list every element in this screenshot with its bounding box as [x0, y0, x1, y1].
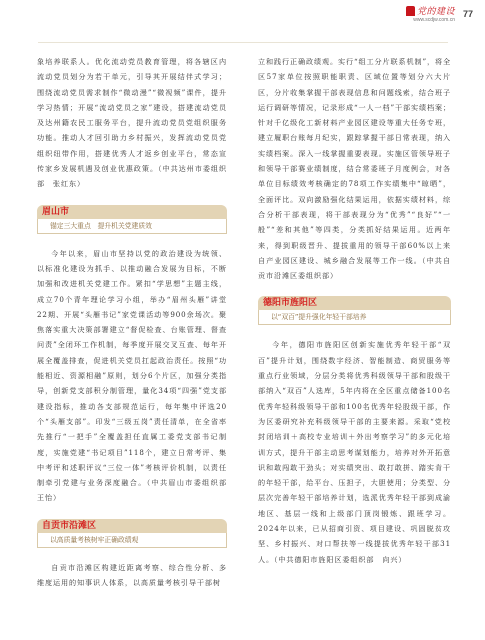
- article-paragraph: 立和践行正确政绩观。实行“组工分片联系机制”，将全区57家单位按照职能职责、区域…: [258, 54, 451, 283]
- logo-title: 党的建设: [417, 4, 455, 17]
- article-paragraph: 今年以来，眉山市坚持以党的政治建设为统领、以标准化建设为抓手、以推动融合发展为目…: [37, 246, 227, 506]
- page-number: 77: [463, 9, 473, 19]
- logo-url: www.scdjw.com.cn: [413, 17, 455, 23]
- section-heading: 德阳市旌阳区: [258, 296, 451, 310]
- right-column: 立和践行正确政绩观。实行“组工分片联系机制”，将全区57家单位按照职能职责、区域…: [258, 54, 451, 567]
- section-heading: 眉山市: [37, 205, 227, 219]
- section-subheading: 锚定三大重点 提升机关党建质效: [37, 219, 227, 234]
- article-paragraph: 今年，德阳市旌阳区创新实施优秀年轻干部“双百”提升计划，围绕数字经济、智能制造、…: [258, 337, 451, 566]
- header-divider: [38, 42, 448, 43]
- section-jingyang: 德阳市旌阳区 以“双百”提升强化年轻干部培养: [258, 296, 451, 325]
- left-column: 象培养联系人。优化流动党员教育管理，将各辖区内流动党员划分为若干单元，引导其开展…: [37, 54, 227, 590]
- article-paragraph: 象培养联系人。优化流动党员教育管理，将各辖区内流动党员划分为若干单元，引导其开展…: [37, 54, 227, 192]
- article-paragraph: 自贡市沿滩区构建近距离考察、综合性分析、多维度运用的知事识人体系，以高质量考核引…: [37, 560, 227, 591]
- logo-emblem-icon: [406, 6, 415, 16]
- section-subheading: 以“双百”提升强化年轻干部培养: [258, 310, 451, 325]
- section-subheading: 以高质量考核树牢正确政绩观: [37, 533, 227, 548]
- section-meishan: 眉山市 锚定三大重点 提升机关党建质效: [37, 205, 227, 234]
- section-yantan: 自贡市沿滩区 以高质量考核树牢正确政绩观: [37, 519, 227, 548]
- magazine-logo: 党的建设 www.scdjw.com.cn: [406, 4, 455, 23]
- section-heading: 自贡市沿滩区: [37, 519, 227, 533]
- page-header: 党的建设 www.scdjw.com.cn 77: [406, 4, 473, 23]
